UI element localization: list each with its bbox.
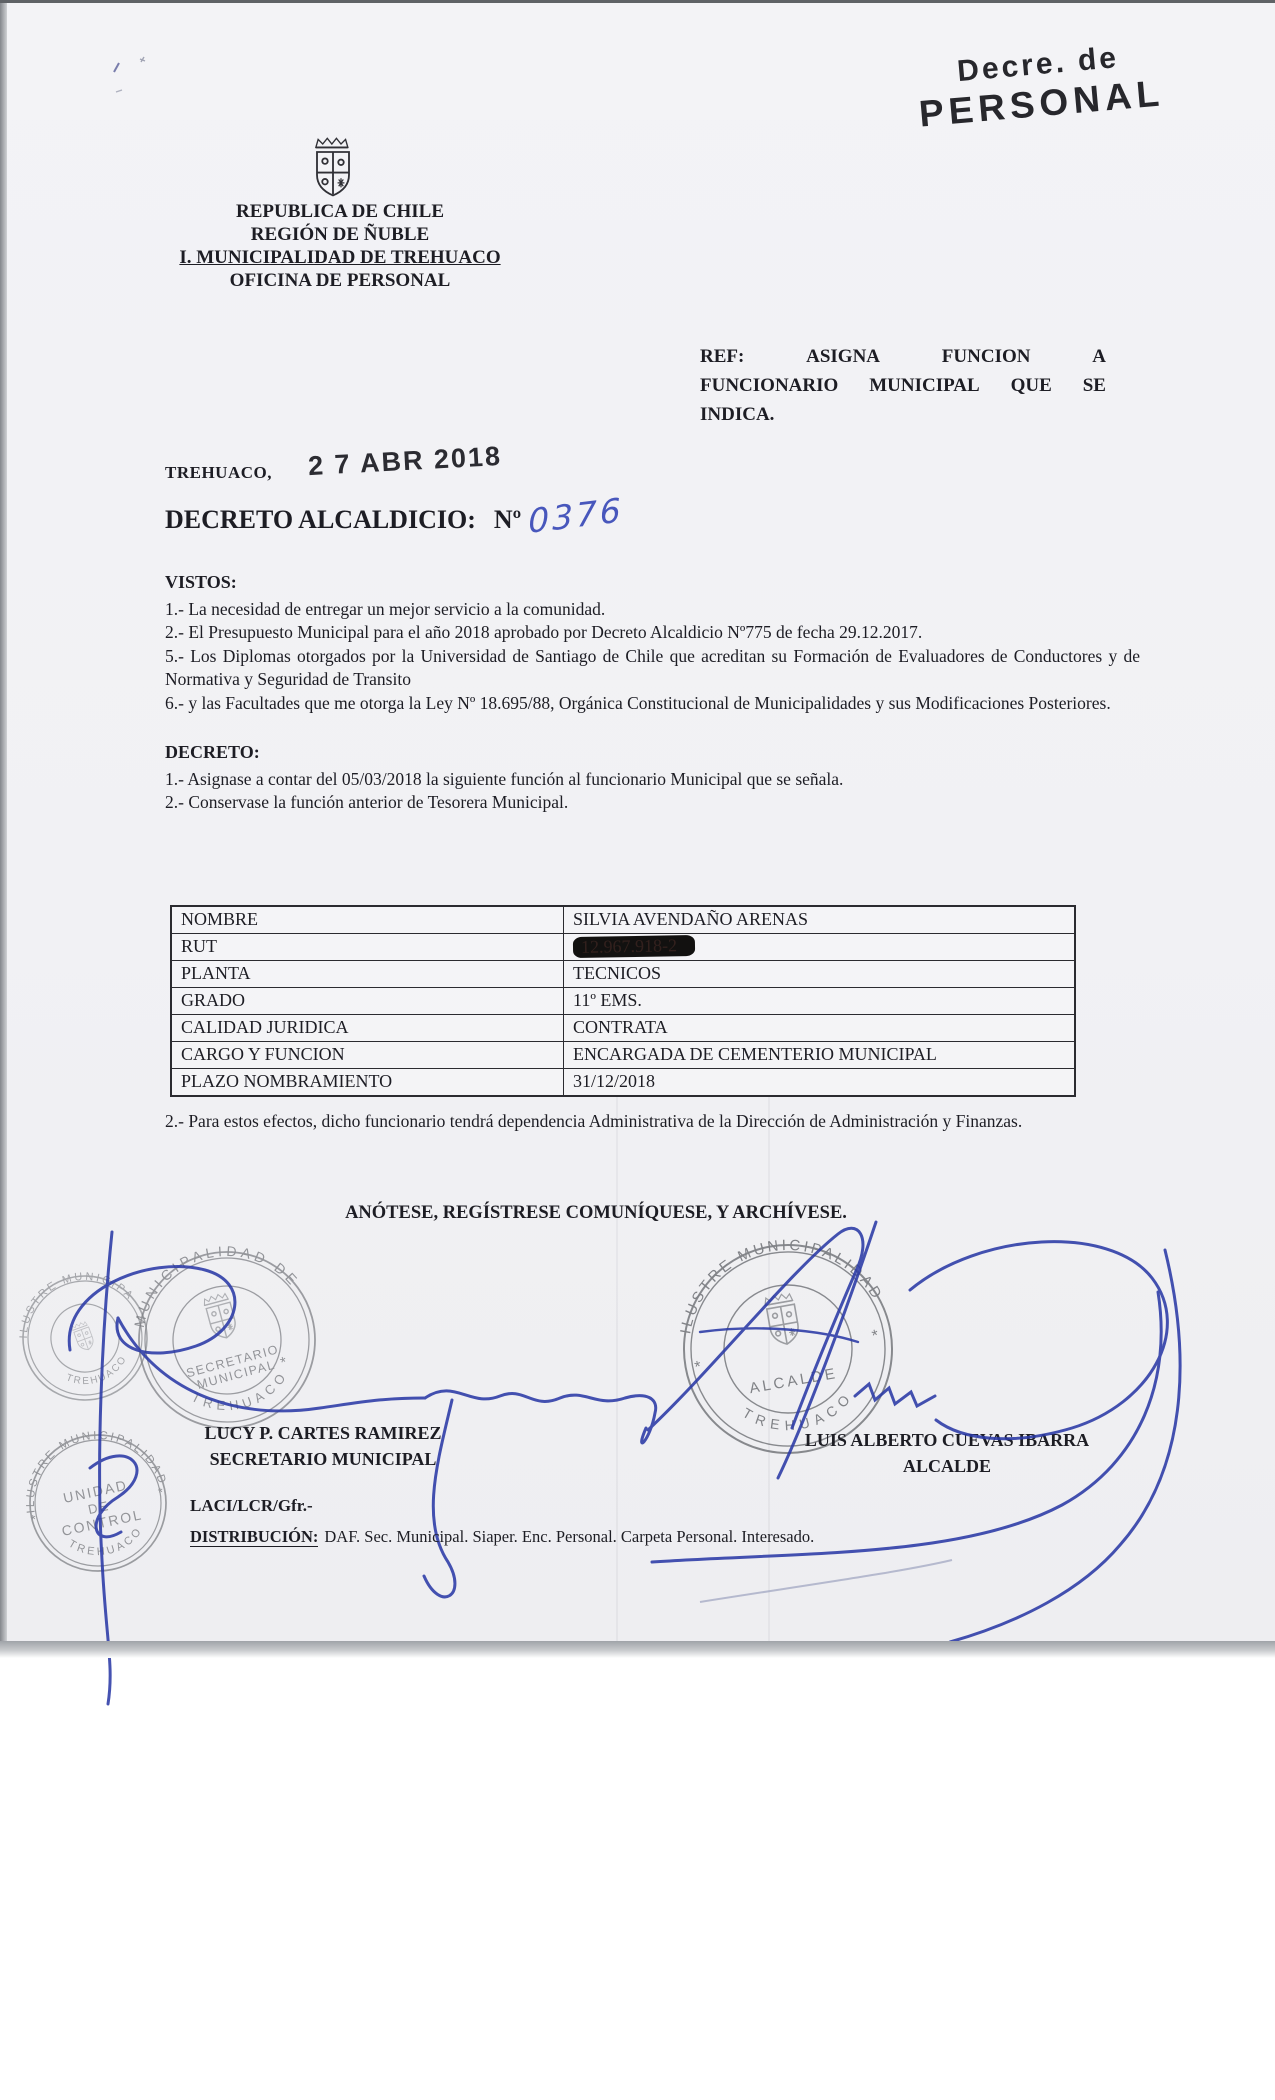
table-row: GRADO 11º EMS. [172, 988, 1074, 1015]
table-value: CONTRATA [564, 1015, 1074, 1041]
distribution-text: DAF. Sec. Municipal. Siaper. Enc. Person… [324, 1527, 814, 1546]
reference-line3: INDICA. [700, 400, 1106, 429]
coat-of-arms [307, 136, 359, 200]
table-label: PLAZO NOMBRAMIENTO [172, 1069, 564, 1095]
assignment-table: NOMBRE SILVIA AVENDAÑO ARENAS RUT 12.967… [170, 905, 1076, 1097]
table-row: CALIDAD JURIDICA CONTRATA [172, 1015, 1074, 1042]
ref-word: QUE [1011, 371, 1052, 400]
decreto-item-2: 2.- Conservase la función anterior de Te… [165, 791, 1140, 815]
decree-title-label: DECRETO ALCALDICIO: [165, 505, 476, 534]
ref-word: ASIGNA [806, 342, 880, 371]
body-text: VISTOS: 1.- La necesidad de entregar un … [165, 571, 1140, 815]
letterhead: REPUBLICA DE CHILE REGIÓN DE ÑUBLE I. MU… [160, 200, 520, 292]
closing-formula: ANÓTESE, REGÍSTRESE COMUNÍQUESE, Y ARCHÍ… [290, 1203, 902, 1224]
ref-word: SE [1083, 371, 1106, 400]
distribution-label: DISTRIBUCIÓN: [190, 1527, 318, 1547]
dependency-paragraph: 2.- Para estos efectos, dicho funcionari… [165, 1110, 1140, 1134]
table-label: RUT [172, 934, 564, 964]
table-row: CARGO Y FUNCION ENCARGADA DE CEMENTERIO … [172, 1042, 1074, 1069]
table-label: NOMBRE [172, 907, 564, 933]
table-row: RUT 12.967.918-2 [172, 934, 1074, 961]
paper-bottom-shadow [0, 1641, 1275, 1658]
vistos-item-2: 2.- El Presupuesto Municipal para el año… [165, 621, 1140, 645]
ref-word: A [1092, 342, 1106, 371]
fold-line [616, 1095, 618, 1645]
decree-number-label: Nº [494, 505, 521, 534]
table-label: CARGO Y FUNCION [172, 1042, 564, 1068]
vistos-heading: VISTOS: [165, 571, 1140, 595]
fold-line [768, 1095, 770, 1645]
city-label: TREHUACO, [165, 463, 272, 483]
drafter-initials: LACI/LCR/Gfr.- [190, 1496, 313, 1516]
table-row: NOMBRE SILVIA AVENDAÑO ARENAS [172, 907, 1074, 934]
rut-value: 12.967.918-2 [581, 935, 677, 957]
distribution-line: DISTRIBUCIÓN:DAF. Sec. Municipal. Siaper… [190, 1527, 814, 1547]
letterhead-office: OFICINA DE PERSONAL [160, 269, 520, 292]
table-row: PLANTA TECNICOS [172, 961, 1074, 988]
decreto-heading: DECRETO: [165, 741, 1140, 765]
reference-line2: FUNCIONARIO MUNICIPAL QUE SE [700, 371, 1106, 400]
signer-name: LUCY P. CARTES RAMIREZ [168, 1420, 478, 1446]
signer-title: ALCALDE [792, 1453, 1102, 1479]
reference-line1: REF: ASIGNA FUNCION A [700, 342, 1106, 371]
vistos-item-5: 5.- Los Diplomas otorgados por la Univer… [165, 645, 1140, 692]
signer-name: LUIS ALBERTO CUEVAS IBARRA [792, 1427, 1102, 1453]
ref-word: FUNCIONARIO [700, 371, 838, 400]
table-row: PLAZO NOMBRAMIENTO 31/12/2018 [172, 1069, 1074, 1095]
ref-word: FUNCION [942, 342, 1031, 371]
table-value: 31/12/2018 [564, 1069, 1074, 1095]
vistos-item-6: 6.- y las Facultades que me otorga la Le… [165, 692, 1140, 716]
rut-redaction-bar: 12.967.918-2 [573, 935, 695, 958]
signer-title: SECRETARIO MUNICIPAL [168, 1446, 478, 1472]
decreto-item-1: 1.- Asignase a contar del 05/03/2018 la … [165, 768, 1140, 792]
reference-block: REF: ASIGNA FUNCION A FUNCIONARIO MUNICI… [700, 342, 1106, 429]
table-label: CALIDAD JURIDICA [172, 1015, 564, 1041]
ref-word: REF: [700, 342, 744, 371]
ref-word: MUNICIPAL [869, 371, 979, 400]
table-value: SILVIA AVENDAÑO ARENAS [564, 907, 1074, 933]
table-label: PLANTA [172, 961, 564, 987]
table-value: 12.967.918-2 [564, 934, 1074, 964]
scan-top-edge [0, 0, 1275, 3]
table-label: GRADO [172, 988, 564, 1014]
table-value: TECNICOS [564, 961, 1074, 987]
signature-block-alcalde: LUIS ALBERTO CUEVAS IBARRA ALCALDE [792, 1427, 1102, 1479]
signature-block-secretario: LUCY P. CARTES RAMIREZ SECRETARIO MUNICI… [168, 1420, 478, 1472]
letterhead-municipality: I. MUNICIPALIDAD DE TREHUACO [160, 246, 520, 269]
vistos-item-1: 1.- La necesidad de entregar un mejor se… [165, 598, 1140, 622]
table-value: ENCARGADA DE CEMENTERIO MUNICIPAL [564, 1042, 1074, 1068]
scan-left-edge [0, 0, 7, 1649]
letterhead-region: REGIÓN DE ÑUBLE [160, 223, 520, 246]
table-value: 11º EMS. [564, 988, 1074, 1014]
decree-title: DECRETO ALCALDICIO:Nº [165, 505, 521, 535]
scanned-decree-page: REPUBLICA DE CHILE REGIÓN DE ÑUBLE I. MU… [0, 0, 1275, 2100]
letterhead-country: REPUBLICA DE CHILE [160, 200, 520, 223]
